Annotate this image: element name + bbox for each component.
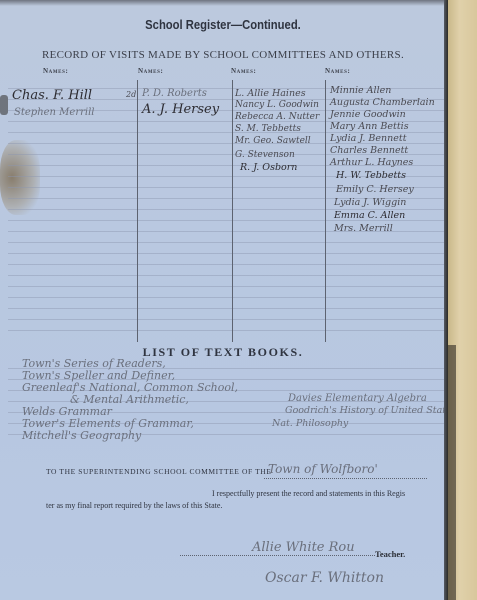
visitor-name: Mr. Geo. Sawtell xyxy=(235,136,311,146)
textbook-entry: Davies Elementary Algebra xyxy=(288,393,427,404)
visitor-name: L. Allie Haines xyxy=(235,88,306,99)
names-label-1: Names: xyxy=(43,67,68,75)
signature-line xyxy=(180,555,375,556)
visitor-name: Mrs. Merrill xyxy=(334,223,393,234)
visitor-name: Augusta Chamberlain xyxy=(330,97,435,108)
town-fill-line xyxy=(264,478,427,479)
visitor-name: Rebecca A. Nutter xyxy=(235,112,319,122)
visitor-name: Emma C. Allen xyxy=(334,210,405,221)
second-signature: Oscar F. Whitton xyxy=(265,570,384,586)
column-divider xyxy=(232,80,233,342)
names-label-4: Names: xyxy=(325,67,350,75)
visitor-name: Emily C. Hersey xyxy=(336,184,414,195)
town-name: Town of Wolfboro' xyxy=(268,462,378,476)
visitor-name: R. J. Osborn xyxy=(240,162,297,173)
visitor-name: S. M. Tebbetts xyxy=(235,124,301,134)
visitor-name: P. D. Roberts xyxy=(142,88,207,99)
page-top-shadow xyxy=(0,0,446,6)
ink-mark xyxy=(0,95,8,115)
names-label-2: Names: xyxy=(138,67,163,75)
page-edge-shadow xyxy=(448,345,456,600)
visitor-name: Charles Bennett xyxy=(330,145,408,156)
visitor-name: Minnie Allen xyxy=(330,85,391,96)
visitor-name: A. J. Hersey xyxy=(142,102,219,117)
textbook-entry: Mitchell's Geography xyxy=(22,429,141,442)
visitor-name: G. Stevenson xyxy=(235,150,295,160)
visitor-name: Lydia J. Bennett xyxy=(330,133,407,144)
committee-address: TO THE SUPERINTENDING SCHOOL COMMITTEE O… xyxy=(46,467,271,476)
textbook-entry: Goodrich's History of United States xyxy=(285,405,457,416)
visitor-name: Arthur L. Haynes xyxy=(330,157,413,168)
visitor-name: Stephen Merrill xyxy=(14,107,94,118)
visits-section-title: RECORD OF VISITS MADE BY SCHOOL COMMITTE… xyxy=(0,49,446,61)
report-statement-line-1: I respectfully present the record and st… xyxy=(212,489,405,498)
register-page: School Register—Continued. RECORD OF VIS… xyxy=(0,0,446,600)
names-label-3: Names: xyxy=(231,67,256,75)
teacher-label: Teacher. xyxy=(375,549,405,559)
teacher-signature: Allie White Rou xyxy=(252,540,355,555)
visitor-name: Chas. F. Hill xyxy=(12,88,92,103)
visitor-name: Mary Ann Bettis xyxy=(330,121,409,132)
visitor-name: Lydia J. Wiggin xyxy=(334,197,406,208)
column-divider xyxy=(137,80,138,342)
column-divider xyxy=(325,80,326,342)
visitor-name: Nancy L. Goodwin xyxy=(235,100,319,110)
textbook-entry: Nat. Philosophy xyxy=(272,418,348,429)
page-title: School Register—Continued. xyxy=(22,18,423,32)
visit-note: 2d xyxy=(126,90,136,99)
visitor-name: H. W. Tebbetts xyxy=(336,170,406,181)
report-statement-line-2: ter as my final report required by the l… xyxy=(46,501,222,510)
visitor-name: Jennie Goodwin xyxy=(330,109,406,120)
